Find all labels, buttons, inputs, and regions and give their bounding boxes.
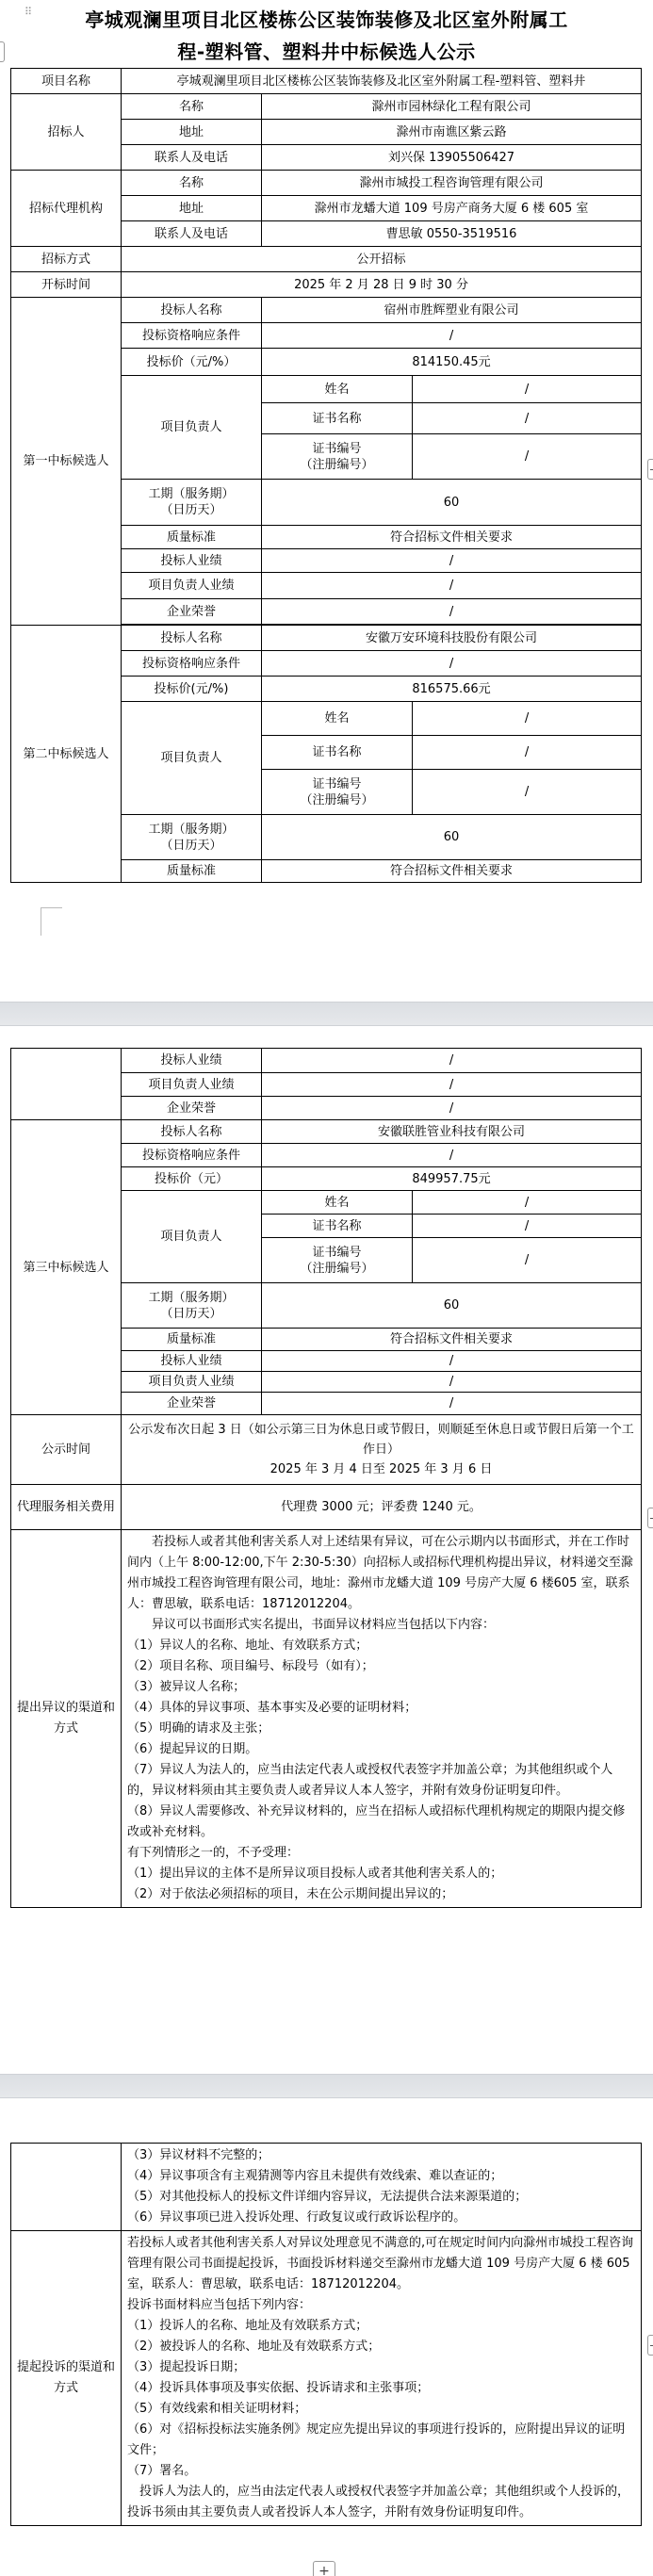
agency-address-label: 地址: [122, 196, 262, 221]
candidate-1-label: 第一中标候选人: [11, 298, 122, 626]
candidate-2-cert-name-label: 证书名称: [262, 736, 413, 770]
candidate-3-cert-no-label: 证书编号（注册编号）: [262, 1238, 413, 1283]
objection-label: 提出异议的渠道和方式: [11, 1530, 122, 1908]
candidate-3-quality-label: 质量标准: [122, 1329, 262, 1351]
period-label-line-1: 工期（服务期）: [124, 1290, 258, 1306]
candidate-3-honor-value: /: [262, 1393, 642, 1415]
candidate-3-quality-value: 符合招标文件相关要求: [262, 1329, 642, 1351]
objection-rejection: （3）异议材料不完整的；: [127, 2145, 635, 2166]
period-label-line-1: 工期（服务期）: [124, 486, 258, 502]
candidate-3-bidder-name-label: 投标人名称: [122, 1120, 262, 1144]
candidate-1-bidder-perf-value: /: [262, 549, 642, 573]
objection-requirement: （4）具体的异议事项、基本事实及必要的证明材料；: [127, 1698, 635, 1719]
tenderer-contact-value: 刘兴保 13905506427: [262, 145, 642, 171]
candidate-1-bidder-perf-label: 投标人业绩: [122, 549, 262, 573]
agency-contact-value: 曹思敏 0550-3519516: [262, 221, 642, 247]
objection-requirement: （6）提起异议的日期。: [127, 1739, 635, 1760]
bid-table-page-1: 项目名称 亭城观澜里项目北区楼栋公区装饰装修及北区室外附属工程-塑料管、塑料井 …: [10, 68, 642, 883]
candidate-3-period-value: 60: [262, 1283, 642, 1329]
objection-requirement: （3）被异议人名称；: [127, 1677, 635, 1698]
publicity-value: 公示发布次日起 3 日（如公示第三日为休息日或节假日，则顺延至休息日或节假日后第…: [122, 1415, 642, 1485]
candidate-2-cert-no-value: /: [413, 770, 642, 815]
candidate-1-price-value: 814150.45元: [262, 349, 642, 376]
candidate-2-manager-perf-label: 项目负责人业绩: [122, 1073, 262, 1097]
tenderer-address-label: 地址: [122, 120, 262, 145]
period-label-line-2: （日历天）: [124, 838, 258, 854]
period-label-line-1: 工期（服务期）: [124, 822, 258, 838]
document-title: 亭城观澜里项目北区楼栋公区装饰装修及北区室外附属工 程-塑料管、塑料井中标候选人…: [0, 0, 653, 68]
publicity-dates: 2025 年 3 月 4 日至 2025 年 3 月 6 日: [124, 1459, 638, 1479]
objection-rejection: （1）提出异议的主体不是所异议项目投标人或者其他利害关系人的；: [127, 1864, 635, 1884]
right-side-handle-icon[interactable]: [647, 1508, 653, 1528]
candidate-1-qualification-label: 投标资格响应条件: [122, 323, 262, 349]
objection-requirement: （7）异议人为法人的，应当由法定代表人或授权代表签字并加盖公章；为其他组织或个人…: [127, 1760, 635, 1802]
candidate-2-price-value: 816575.66元: [262, 677, 642, 702]
bid-table-page-3: （3）异议材料不完整的； （4）异议事项含有主观猜测等内容且未提供有效线索、难以…: [10, 2143, 642, 2526]
add-row-button[interactable]: +: [313, 2561, 335, 2576]
candidate-2-bidder-perf-label: 投标人业绩: [122, 1049, 262, 1073]
candidate-2-period-value: 60: [262, 815, 642, 860]
candidate-3-label: 第三中标候选人: [11, 1120, 122, 1415]
project-name-value: 亭城观澜里项目北区楼栋公区装饰装修及北区室外附属工程-塑料管、塑料井: [122, 69, 642, 94]
tenderer-label: 招标人: [11, 94, 122, 171]
tenderer-address-value: 滁州市南谯区紫云路: [262, 120, 642, 145]
candidate-1-cert-no-value: /: [413, 434, 642, 480]
candidate-1-manager-perf-label: 项目负责人业绩: [122, 573, 262, 599]
candidate-3-bidder-perf-label: 投标人业绩: [122, 1351, 262, 1372]
candidate-2-quality-label: 质量标准: [122, 860, 262, 883]
drag-handle-icon[interactable]: ⠿: [24, 9, 32, 23]
tenderer-contact-label: 联系人及电话: [122, 145, 262, 171]
agency-name-value: 滁州市城投工程咨询管理有限公司: [262, 171, 642, 196]
complaint-requirements-intro: 投诉书面材料应当包括下列内容：: [127, 2295, 635, 2316]
page-2: 投标人业绩 / 项目负责人业绩 / 企业荣誉 / 第三中标候选人 投标人名称 安…: [0, 1027, 653, 2073]
agency-label: 招标代理机构: [11, 171, 122, 247]
objection-content: 若投标人或者其他利害关系人对上述结果有异议，可在公示期内以书面形式，并在工作时间…: [122, 1530, 642, 1908]
opening-time-value: 2025 年 2 月 28 日 9 时 30 分: [122, 272, 642, 298]
title-line-2: 程-塑料管、塑料井中标候选人公示: [0, 36, 653, 68]
left-side-handle-icon[interactable]: [0, 41, 5, 62]
candidate-2-honor-label: 企业荣誉: [122, 1097, 262, 1120]
objection-requirements-intro: 异议可以书面形式实名提出，书面异议材料应当包括以下内容：: [127, 1615, 635, 1636]
complaint-content: 若投标人或者其他利害关系人对异议处理意见不满意的,可在规定时间内向滁州市城投工程…: [122, 2231, 642, 2526]
title-line-1: 亭城观澜里项目北区楼栋公区装饰装修及北区室外附属工: [0, 4, 653, 36]
objection-requirement: （1）异议人的名称、地址、有效联系方式；: [127, 1636, 635, 1656]
complaint-label: 提起投诉的渠道和方式: [11, 2231, 122, 2526]
page-1: ⠿ 亭城观澜里项目北区楼栋公区装饰装修及北区室外附属工 程-塑料管、塑料井中标候…: [0, 0, 653, 999]
candidate-1-price-label: 投标价（元/%）: [122, 349, 262, 376]
fees-label: 代理服务相关费用: [11, 1485, 122, 1530]
candidate-1-quality-value: 符合招标文件相关要求: [262, 526, 642, 549]
objection-requirement: （8）异议人需要修改、补充异议材料的，应当在招标人或招标代理机构规定的期限内提交…: [127, 1802, 635, 1843]
candidate-2-bidder-name-value: 安徽万安环境科技股份有限公司: [262, 626, 642, 651]
candidate-3-bidder-perf-value: /: [262, 1351, 642, 1372]
opening-time-label: 开标时间: [11, 272, 122, 298]
candidate-1-cert-name-value: /: [413, 403, 642, 434]
candidate-2-cert-name-value: /: [413, 736, 642, 770]
candidate-1-period-label: 工期（服务期）（日历天）: [122, 480, 262, 526]
cert-no-label-line-2: （注册编号）: [265, 457, 409, 473]
page-gap: [0, 1002, 653, 1026]
objection-requirement: （5）明确的请求及主张；: [127, 1719, 635, 1739]
complaint-requirement: （4）投诉具体事项及事实依据、投诉请求和主张事项；: [127, 2378, 635, 2399]
objection-requirement: （2）项目名称、项目编号、标段号（如有）；: [127, 1656, 635, 1677]
candidate-3-period-label: 工期（服务期）（日历天）: [122, 1283, 262, 1329]
candidate-2-cert-no-label: 证书编号（注册编号）: [262, 770, 413, 815]
candidate-1-cert-no-label: 证书编号（注册编号）: [262, 434, 413, 480]
cert-no-label-line-1: 证书编号: [265, 1245, 409, 1261]
candidate-2-manager-label: 项目负责人: [122, 702, 262, 815]
candidate-1-cert-name-label: 证书名称: [262, 403, 413, 434]
candidate-1-qualification-value: /: [262, 323, 642, 349]
candidate-1-honor-value: /: [262, 599, 642, 625]
tenderer-name-label: 名称: [122, 94, 262, 120]
candidate-3-honor-label: 企业荣誉: [122, 1393, 262, 1415]
objection-intro: 若投标人或者其他利害关系人对上述结果有异议，可在公示期内以书面形式，并在工作时间…: [127, 1532, 635, 1615]
candidate-2-price-label: 投标价(元/%): [122, 677, 262, 702]
complaint-requirement: （7）署名。: [127, 2461, 635, 2482]
candidate-3-cert-name-value: /: [413, 1215, 642, 1238]
cert-no-label-line-2: （注册编号）: [265, 1261, 409, 1277]
candidate-3-manager-perf-value: /: [262, 1372, 642, 1393]
complaint-intro: 若投标人或者其他利害关系人对异议处理意见不满意的,可在规定时间内向滁州市城投工程…: [127, 2233, 635, 2295]
page-corner-mark: [41, 907, 62, 908]
candidate-3-cert-name-label: 证书名称: [262, 1215, 413, 1238]
candidate-2-continued: [11, 1049, 122, 1120]
complaint-requirement: （2）被投诉人的名称、地址及有效联系方式；: [127, 2337, 635, 2357]
candidate-1-bidder-name-label: 投标人名称: [122, 298, 262, 323]
candidate-2-honor-value: /: [262, 1097, 642, 1120]
cert-no-label-line-2: （注册编号）: [265, 792, 409, 808]
candidate-3-manager-name-value: /: [413, 1191, 642, 1215]
candidate-2-quality-value: 符合招标文件相关要求: [262, 860, 642, 883]
objection-continued: [11, 2144, 122, 2231]
candidate-2-manager-name-value: /: [413, 702, 642, 736]
right-side-handle-icon[interactable]: [647, 2335, 653, 2356]
page-corner-mark: [21, 907, 41, 936]
page-3: （3）异议材料不完整的； （4）异议事项含有主观猜测等内容且未提供有效线索、难以…: [0, 2099, 653, 2576]
candidate-1-period-value: 60: [262, 480, 642, 526]
complaint-requirement: （1）投诉人的名称、地址及有效联系方式；: [127, 2316, 635, 2337]
candidate-3-qualification-value: /: [262, 1144, 642, 1167]
candidate-1-manager-name-label: 姓名: [262, 376, 413, 403]
candidate-1-quality-label: 质量标准: [122, 526, 262, 549]
complaint-requirement: （3）提起投诉日期；: [127, 2357, 635, 2378]
page-gap: [0, 2074, 653, 2098]
complaint-requirement: （6）对《招标投标法实施条例》规定应先提出异议的事项进行投诉的，应附提出异议的证…: [127, 2420, 635, 2461]
period-label-line-2: （日历天）: [124, 1306, 258, 1322]
candidate-1-manager-perf-value: /: [262, 573, 642, 599]
period-label-line-2: （日历天）: [124, 502, 258, 518]
candidate-1-manager-name-value: /: [413, 376, 642, 403]
candidate-3-qualification-label: 投标资格响应条件: [122, 1144, 262, 1167]
method-label: 招标方式: [11, 247, 122, 272]
cert-no-label-line-1: 证书编号: [265, 441, 409, 457]
agency-address-value: 滁州市龙蟠大道 109 号房产商务大厦 6 楼 605 室: [262, 196, 642, 221]
candidate-2-manager-name-label: 姓名: [262, 702, 413, 736]
objection-rejection: （5）对其他投标人的投标文件详细内容异议，无法提供合法来源渠道的；: [127, 2187, 635, 2208]
candidate-1-honor-label: 企业荣誉: [122, 599, 262, 625]
candidate-2-label: 第二中标候选人: [11, 626, 122, 883]
objection-rejection-intro: 有下列情形之一的，不予受理：: [127, 1843, 635, 1864]
publicity-label: 公示时间: [11, 1415, 122, 1485]
objection-content-continued: （3）异议材料不完整的； （4）异议事项含有主观猜测等内容且未提供有效线索、难以…: [122, 2144, 642, 2231]
agency-name-label: 名称: [122, 171, 262, 196]
objection-rejection: （2）对于依法必须招标的项目，未在公示期间提出异议的；: [127, 1884, 635, 1905]
candidate-3-bidder-name-value: 安徽联胜管业科技有限公司: [262, 1120, 642, 1144]
objection-rejection: （4）异议事项含有主观猜测等内容且未提供有效线索、难以查证的；: [127, 2166, 635, 2187]
candidate-2-bidder-perf-value: /: [262, 1049, 642, 1073]
candidate-3-cert-no-value: /: [413, 1238, 642, 1283]
agency-contact-label: 联系人及电话: [122, 221, 262, 247]
candidate-2-qualification-value: /: [262, 651, 642, 677]
bid-table-page-2: 投标人业绩 / 项目负责人业绩 / 企业荣誉 / 第三中标候选人 投标人名称 安…: [10, 1048, 642, 1908]
method-value: 公开招标: [122, 247, 642, 272]
candidate-1-bidder-name-value: 宿州市胜辉塑业有限公司: [262, 298, 642, 323]
candidate-2-period-label: 工期（服务期）（日历天）: [122, 815, 262, 860]
complaint-signature-note: 投诉人为法人的，应当由法定代表人或授权代表签字并加盖公章；其他组织或个人投诉的，…: [127, 2482, 635, 2523]
fees-value: 代理费 3000 元；评委费 1240 元。: [122, 1485, 642, 1530]
candidate-3-manager-label: 项目负责人: [122, 1191, 262, 1283]
candidate-3-manager-perf-label: 项目负责人业绩: [122, 1372, 262, 1393]
candidate-3-price-value: 849957.75元: [262, 1167, 642, 1191]
cert-no-label-line-1: 证书编号: [265, 776, 409, 792]
candidate-2-qualification-label: 投标资格响应条件: [122, 651, 262, 677]
candidate-2-manager-perf-value: /: [262, 1073, 642, 1097]
candidate-2-bidder-name-label: 投标人名称: [122, 626, 262, 651]
right-side-handle-icon[interactable]: [647, 459, 653, 480]
objection-rejection: （6）异议事项已进入投诉处理、行政复议或行政诉讼程序的。: [127, 2208, 635, 2228]
candidate-3-price-label: 投标价（元）: [122, 1167, 262, 1191]
candidate-1-manager-label: 项目负责人: [122, 376, 262, 480]
publicity-rule: 公示发布次日起 3 日（如公示第三日为休息日或节假日，则顺延至休息日或节假日后第…: [124, 1420, 638, 1459]
candidate-3-manager-name-label: 姓名: [262, 1191, 413, 1215]
complaint-requirement: （5）有效线索和相关证明材料；: [127, 2399, 635, 2420]
tenderer-name-value: 滁州市园林绿化工程有限公司: [262, 94, 642, 120]
project-name-label: 项目名称: [11, 69, 122, 94]
